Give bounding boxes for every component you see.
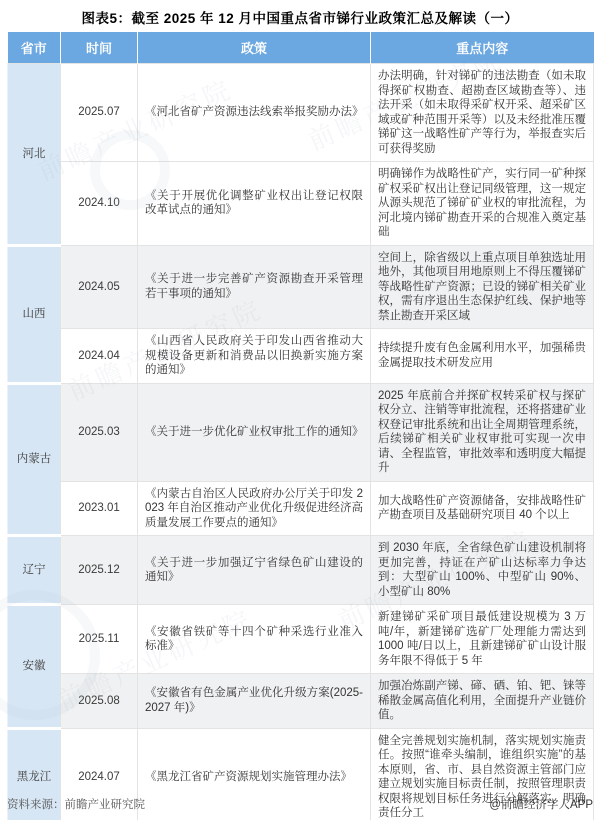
page-title: 图表5：截至 2025 年 12 月中国重点省市锑行业政策汇总及解读（一） (0, 0, 600, 32)
date-cell: 2025.07 (61, 64, 138, 162)
content-cell: 2025 年底前合并探矿权转采矿权与探矿权分立、注销等审批流程，还将搭建矿业权登… (371, 383, 594, 481)
content-cell: 办法明确，针对锑矿的违法勘查（如未取得探矿权勘查、超勘查区域勘查等）、违法开采（… (371, 64, 594, 162)
footer: 资料来源：前瞻产业研究院 @前瞻经济学人APP (7, 796, 593, 812)
policy-cell: 《河北省矿产资源违法线索举报奖励办法》 (138, 64, 371, 162)
table-header: 省市时间政策重点内容 (8, 32, 594, 64)
content-cell: 空间上，除省级以上重点项目单独选址用地外，其他项目用地原则上不得压覆锑矿等战略性… (371, 245, 594, 329)
policy-cell: 《安徽省铁矿等十四个矿种采选行业准入标准》 (138, 605, 371, 674)
source-label: 资料来源：前瞻产业研究院 (7, 796, 145, 812)
table-row: 2023.01《内蒙古自治区人民政府办公厅关于印发 2023 年自治区推动产业优… (8, 481, 594, 536)
policy-cell: 《关于进一步完善矿产资源勘查开采管理若干事项的通知》 (138, 245, 371, 329)
table-wrapper: 省市时间政策重点内容 河北2025.07《河北省矿产资源违法线索举报奖励办法》办… (0, 32, 600, 820)
column-header: 政策 (138, 32, 371, 64)
province-cell: 内蒙古 (8, 383, 61, 536)
date-cell: 2025.12 (61, 536, 138, 605)
table-row: 2025.08《安徽省有色金属产业优化升级方案(2025-2027 年)》加强冶… (8, 674, 594, 729)
policy-cell: 《关于开展优化调整矿业权出让登记权限改革试点的通知》 (138, 162, 371, 246)
table-row: 2024.10《关于开展优化调整矿业权出让登记权限改革试点的通知》明确锑作为战略… (8, 162, 594, 246)
table-row: 河北2025.07《河北省矿产资源违法线索举报奖励办法》办法明确，针对锑矿的违法… (8, 64, 594, 162)
table-row: 2024.04《山西省人民政府关于印发山西省推动大规模设备更新和消费品以旧换新实… (8, 329, 594, 384)
date-cell: 2025.03 (61, 383, 138, 481)
policy-table: 省市时间政策重点内容 河北2025.07《河北省矿产资源违法线索举报奖励办法》办… (7, 32, 594, 820)
policy-cell: 《关于进一步优化矿业权审批工作的通知》 (138, 383, 371, 481)
table-row: 内蒙古2025.03《关于进一步优化矿业权审批工作的通知》2025 年底前合并探… (8, 383, 594, 481)
province-cell: 河北 (8, 64, 61, 246)
credit-label: @前瞻经济学人APP (489, 796, 593, 812)
header-row: 省市时间政策重点内容 (8, 32, 594, 64)
column-header: 重点内容 (371, 32, 594, 64)
column-header: 时间 (61, 32, 138, 64)
table-row: 山西2024.05《关于进一步完善矿产资源勘查开采管理若干事项的通知》空间上，除… (8, 245, 594, 329)
date-cell: 2024.05 (61, 245, 138, 329)
content-cell: 明确锑作为战略性矿产，实行同一矿种探矿权采矿权出让登记同级管理，这一规定从源头规… (371, 162, 594, 246)
date-cell: 2025.11 (61, 605, 138, 674)
content-cell: 加大战略性矿产资源储备，安排战略性矿产勘查项目及基础研究项目 40 个以上 (371, 481, 594, 536)
table-row: 安徽2025.11《安徽省铁矿等十四个矿种采选行业准入标准》新建锑矿采矿项目最低… (8, 605, 594, 674)
content-cell: 到 2030 年底，全省绿色矿山建设机制将更加完善，持证在产矿山达标率力争达到：… (371, 536, 594, 605)
policy-cell: 《山西省人民政府关于印发山西省推动大规模设备更新和消费品以旧换新实施方案的通知》 (138, 329, 371, 384)
province-cell: 山西 (8, 245, 61, 383)
policy-cell: 《安徽省有色金属产业优化升级方案(2025-2027 年)》 (138, 674, 371, 729)
province-cell: 安徽 (8, 605, 61, 729)
date-cell: 2025.08 (61, 674, 138, 729)
column-header: 省市 (8, 32, 61, 64)
content-cell: 加强冶炼副产锑、碲、硒、铂、钯、铼等稀散金属高值化利用，全面提升产业链价值。 (371, 674, 594, 729)
date-cell: 2024.10 (61, 162, 138, 246)
date-cell: 2024.04 (61, 329, 138, 384)
table-body: 河北2025.07《河北省矿产资源违法线索举报奖励办法》办法明确，针对锑矿的违法… (8, 64, 594, 820)
policy-cell: 《关于进一步加强辽宁省绿色矿山建设的通知》 (138, 536, 371, 605)
table-row: 辽宁2025.12《关于进一步加强辽宁省绿色矿山建设的通知》到 2030 年底，… (8, 536, 594, 605)
content-cell: 新建锑矿采矿项目最低建设规模为 3 万吨/年，新建锑矿选矿厂处理能力需达到 10… (371, 605, 594, 674)
policy-cell: 《内蒙古自治区人民政府办公厅关于印发 2023 年自治区推动产业优化升级促进经济… (138, 481, 371, 536)
date-cell: 2023.01 (61, 481, 138, 536)
content-cell: 持续提升废有色金属利用水平，加强稀贵金属提取技术研发应用 (371, 329, 594, 384)
page: 前瞻产业研究院 前瞻产业研究院 前瞻产业研究院 前瞻产业研究院 前瞻产业研究院 … (0, 0, 600, 820)
province-cell: 辽宁 (8, 536, 61, 605)
